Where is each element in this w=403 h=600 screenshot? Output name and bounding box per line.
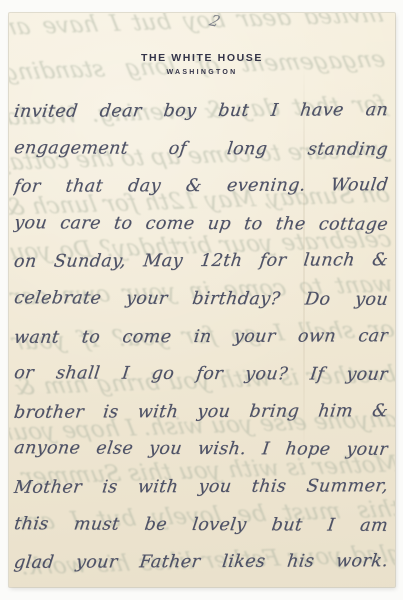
handwriting-line: brother is with you bring him & (12, 393, 391, 432)
handwriting-line: this must be lovely but I am (12, 506, 391, 545)
letter-page: invited dear boy but I have anengagement… (9, 13, 395, 587)
handwriting-line: for that day & evening. Would (12, 167, 391, 206)
letterhead: THE WHITE HOUSE WASHINGTON (9, 52, 395, 76)
letter-body: invited dear boy but I have an engagemen… (14, 93, 388, 582)
letterhead-title: THE WHITE HOUSE (9, 52, 395, 64)
handwriting-line: engagement of long standing (12, 130, 391, 169)
handwriting-line: anyone else you wish. I hope your (12, 431, 391, 470)
handwriting-line: glad your Father likes his work. (12, 543, 391, 582)
handwriting-line: Mother is with you this Summer, (12, 468, 391, 507)
handwriting-line: celebrate your birthday? Do you (12, 280, 391, 319)
handwriting-line: invited dear boy but I have an (12, 92, 391, 131)
handwriting-line: or shall I go for you? If your (12, 355, 391, 394)
handwriting-line: on Sunday, May 12th for lunch & (12, 243, 391, 282)
scan-background: invited dear boy but I have anengagement… (0, 0, 403, 600)
handwriting-line: you care to come up to the cottage (12, 205, 391, 244)
handwriting-line: want to come in your own car (12, 318, 391, 357)
letterhead-subtitle: WASHINGTON (9, 69, 395, 76)
